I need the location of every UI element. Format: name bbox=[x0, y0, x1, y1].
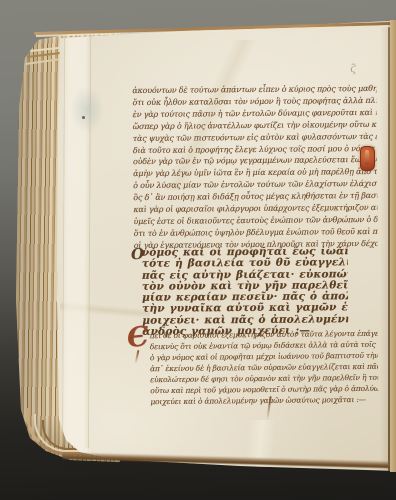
ink-stain bbox=[70, 86, 104, 134]
manuscript-text-line: μοιχεύει καὶ ὁ ἀπολελυμένην γαμῶν ὡσαύτω… bbox=[150, 394, 378, 407]
lower-commentary-block: πεὶ δὲ οἱ φαρισαῖοι ἐξεμυκτήριζον αὐτὸν … bbox=[150, 328, 379, 409]
lection-block: νόμος καὶ οἱ προφῆται ἕως ἰωάννου· ἀπὸτό… bbox=[142, 246, 349, 339]
dark-speck bbox=[82, 116, 85, 119]
upper-commentary-block: ἀκουόντων δὲ τούτων ἁπάντων εἶπεν ὁ κύρι… bbox=[132, 83, 377, 253]
margin-ornament bbox=[360, 146, 375, 171]
folio-mark: ϛ̃ bbox=[349, 62, 357, 76]
adjacent-page-edge bbox=[390, 20, 396, 472]
manuscript-photo: ϛ̃ ἀκουόντων δὲ τούτων ἁπάντων εἶπεν ὁ κ… bbox=[0, 0, 396, 500]
